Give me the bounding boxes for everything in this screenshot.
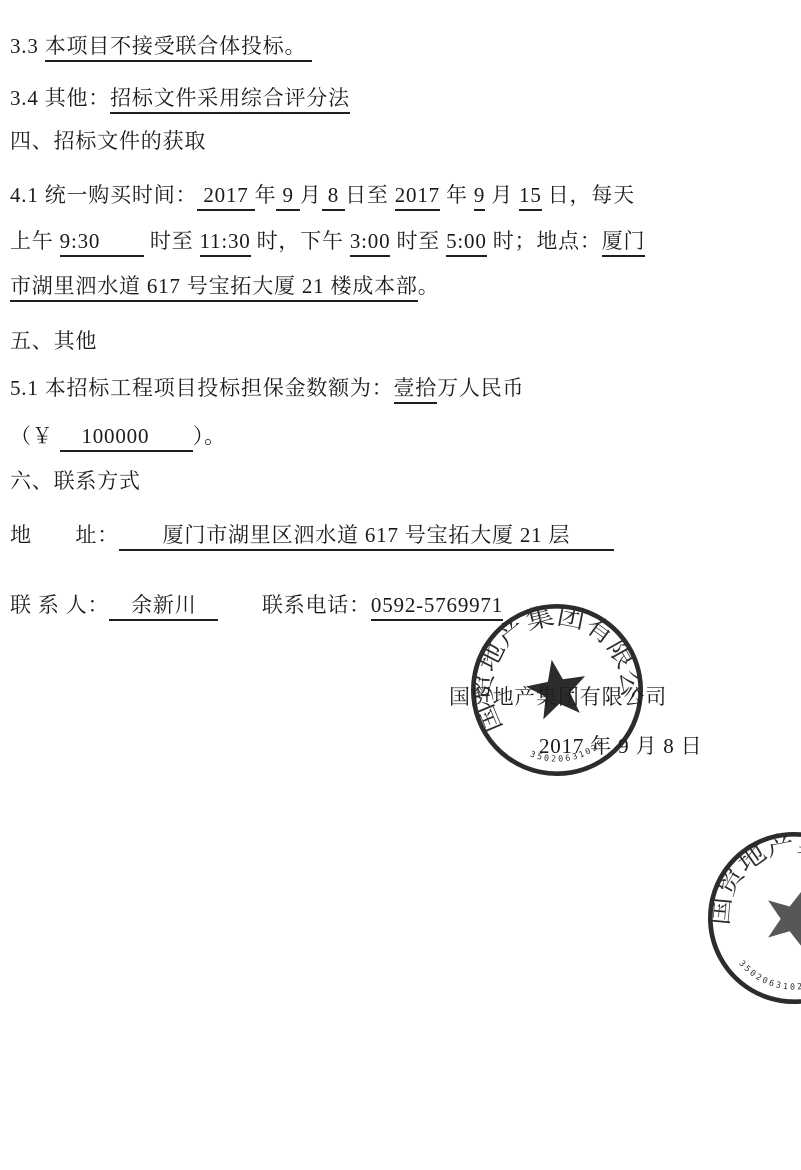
underlined-text-segment: 2017 [395,182,440,211]
text-line: 地 址： 厦门市湖里区泗水道 617 号宝拓大厦 21 层 [10,522,614,551]
text-segment: 五、其他 [10,328,97,354]
underlined-text-segment: 11:30 [200,228,251,257]
text-segment: 3.4 其他： [10,85,110,111]
text-line: （￥ 100000 ）。 [10,423,226,452]
text-segment: 联系电话： [218,592,371,618]
underlined-text-segment: 100000 [60,423,193,452]
underlined-text-segment: 壹拾 [394,375,438,404]
text-segment: 六、联系方式 [10,468,141,494]
text-segment: 日至 [345,182,395,208]
star-icon [522,655,591,722]
text-line: 市湖里泗水道 617 号宝拓大厦 21 楼成本部。 [10,273,440,302]
underlined-text-segment: 2017 [197,182,254,211]
text-line: 联 系 人： 余新川 联系电话：0592-5769971 [10,592,503,621]
text-segment: 日，每天 [542,182,635,208]
text-line: 六、联系方式 [10,468,141,494]
seal-graphic: 国贸地产集团有限公司 35020631026 [677,801,801,1035]
text-line: 上午 9:30 时至 11:30 时，下午 3:00 时至 5:00 时；地点：… [10,228,645,257]
underlined-text-segment: 15 [519,182,542,211]
text-segment: 时至 [390,228,446,254]
text-segment: 时；地点： [487,228,602,254]
company-seal-stamp-1: 国贸地产集团有限公司 35020631026 [449,582,664,797]
underlined-text-segment: 招标文件采用综合评分法 [110,85,350,114]
text-segment: 四、招标文件的获取 [10,128,206,154]
text-segment: 联 系 人： [10,592,109,618]
underlined-text-segment: 8 [322,182,345,211]
text-segment: （￥ [10,423,60,449]
text-segment: 上午 [10,228,60,254]
underlined-text-segment: 9 [474,182,485,211]
underlined-text-segment: 3:00 [350,228,391,257]
text-segment: 万人民币 [437,375,524,401]
underlined-text-segment: 厦门市湖里区泗水道 617 号宝拓大厦 21 层 [119,522,614,551]
document-page: 3.3 本项目不接受联合体投标。 3.4 其他：招标文件采用综合评分法四、招标文… [0,0,801,1170]
text-line: 3.4 其他：招标文件采用综合评分法 [10,85,350,114]
text-segment: 年 [255,182,277,208]
star-icon [757,880,801,953]
text-segment: ）。 [193,423,226,449]
text-line: 5.1 本招标工程项目投标担保金数额为：壹拾万人民币 [10,375,524,404]
text-segment: 月 [485,182,519,208]
text-line: 3.3 本项目不接受联合体投标。 [10,33,312,62]
text-segment: 。 [418,273,440,299]
text-segment: 5.1 本招标工程项目投标担保金数额为： [10,375,394,401]
underlined-text-segment: 本项目不接受联合体投标。 [45,33,313,62]
text-line: 四、招标文件的获取 [10,128,206,154]
text-segment: 时，下午 [251,228,350,254]
text-line: 五、其他 [10,328,97,354]
company-seal-stamp-2: 国贸地产集团有限公司 35020631026 [677,801,801,1035]
text-segment: 3.3 [10,33,45,59]
underlined-text-segment: 9:30 [60,228,144,257]
underlined-text-segment: 厦门 [602,228,646,257]
text-segment: 4.1 统一购买时间： [10,182,197,208]
underlined-text-segment: 5:00 [446,228,487,257]
text-segment: 月 [300,182,322,208]
svg-text:35020631026: 35020631026 [734,957,801,1001]
text-segment: 时至 [144,228,200,254]
svg-text:国贸地产集团有限公司: 国贸地产集团有限公司 [682,801,801,976]
text-segment: 地 址： [10,522,119,548]
text-line: 4.1 统一购买时间： 2017 年 9 月 8 日至 2017 年 9 月 1… [10,182,635,211]
text-segment: 年 [440,182,474,208]
seal-company-name: 国贸地产集团有限公司 [682,801,801,976]
underlined-text-segment: 9 [276,182,299,211]
seal-graphic: 国贸地产集团有限公司 35020631026 [449,582,664,797]
underlined-text-segment: 市湖里泗水道 617 号宝拓大厦 21 楼成本部 [10,273,418,302]
underlined-text-segment: 余新川 [109,592,218,621]
seal-serial-number: 35020631026 [734,957,801,1001]
